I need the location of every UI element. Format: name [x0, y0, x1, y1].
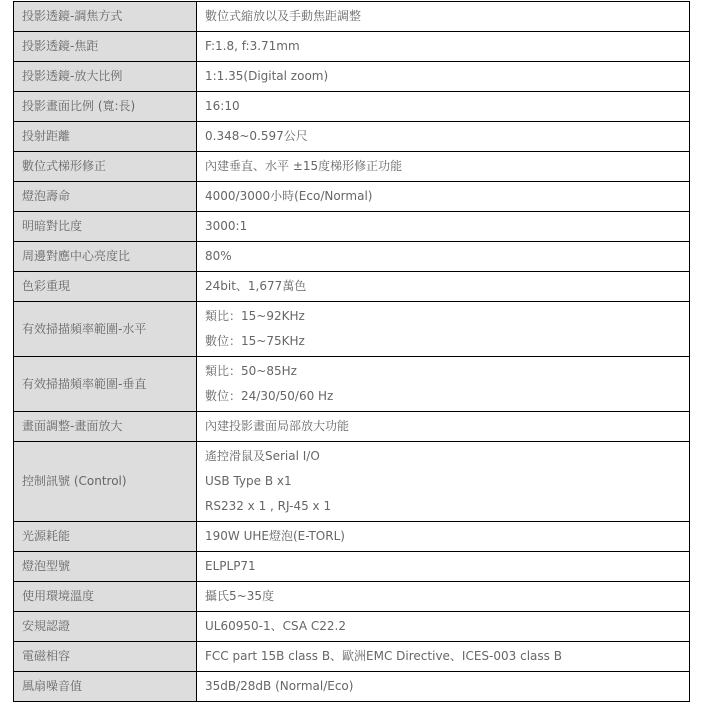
- spec-label: 控制訊號 (Control): [14, 442, 197, 522]
- spec-label: 投影透鏡-焦距: [14, 32, 197, 62]
- table-row: 光源耗能 190W UHE燈泡(E-TORL): [14, 522, 690, 552]
- spec-label: 投影透鏡-調焦方式: [14, 2, 197, 32]
- table-row: 投射距離 0.348~0.597公尺: [14, 122, 690, 152]
- spec-label: 使用環境溫度: [14, 582, 197, 612]
- table-row: 使用環境溫度 攝氏5~35度: [14, 582, 690, 612]
- spec-value-line: 數位：24/30/50/60 Hz: [205, 384, 689, 409]
- table-row: 燈泡壽命 4000/3000小時(Eco/Normal): [14, 182, 690, 212]
- spec-value: 類比：15~92KHz 數位：15~75KHz: [197, 302, 690, 357]
- spec-value-line: UL60950-1、CSA C22.2: [205, 614, 689, 639]
- spec-value-line: 內建投影畫面局部放大功能: [205, 414, 689, 439]
- spec-value-line: F:1.8, f:3.71mm: [205, 34, 689, 59]
- table-row: 色彩重現 24bit、1,677萬色: [14, 272, 690, 302]
- table-row: 控制訊號 (Control) 遙控滑鼠及Serial I/O USB Type …: [14, 442, 690, 522]
- spec-value: 內建投影畫面局部放大功能: [197, 412, 690, 442]
- spec-label: 燈泡壽命: [14, 182, 197, 212]
- spec-value-line: 80%: [205, 244, 689, 269]
- table-row: 燈泡型號 ELPLP71: [14, 552, 690, 582]
- spec-label: 明暗對比度: [14, 212, 197, 242]
- spec-value-line: 攝氏5~35度: [205, 584, 689, 609]
- spec-value: 35dB/28dB (Normal/Eco): [197, 672, 690, 702]
- spec-label: 周邊對應中心亮度比: [14, 242, 197, 272]
- spec-value: F:1.8, f:3.71mm: [197, 32, 690, 62]
- table-row: 周邊對應中心亮度比 80%: [14, 242, 690, 272]
- spec-value: 1:1.35(Digital zoom): [197, 62, 690, 92]
- spec-value-line: 190W UHE燈泡(E-TORL): [205, 524, 689, 549]
- table-row: 風扇噪音值 35dB/28dB (Normal/Eco): [14, 672, 690, 702]
- spec-value: 攝氏5~35度: [197, 582, 690, 612]
- spec-value-line: USB Type B x1: [205, 469, 689, 494]
- spec-value-line: ELPLP71: [205, 554, 689, 579]
- table-row: 投影畫面比例 (寬:長) 16:10: [14, 92, 690, 122]
- spec-label: 色彩重現: [14, 272, 197, 302]
- spec-value: 0.348~0.597公尺: [197, 122, 690, 152]
- spec-value: 遙控滑鼠及Serial I/O USB Type B x1 RS232 x 1 …: [197, 442, 690, 522]
- table-row: 畫面調整-畫面放大 內建投影畫面局部放大功能: [14, 412, 690, 442]
- table-row: 有效掃描頻率範圍-垂直 類比：50~85Hz 數位：24/30/50/60 Hz: [14, 357, 690, 412]
- spec-label: 電磁相容: [14, 642, 197, 672]
- spec-label: 投影畫面比例 (寬:長): [14, 92, 197, 122]
- spec-value: 類比：50~85Hz 數位：24/30/50/60 Hz: [197, 357, 690, 412]
- spec-label: 投影透鏡-放大比例: [14, 62, 197, 92]
- spec-value: 內建垂直、水平 ±15度梯形修正功能: [197, 152, 690, 182]
- spec-label: 燈泡型號: [14, 552, 197, 582]
- table-row: 投影透鏡-焦距 F:1.8, f:3.71mm: [14, 32, 690, 62]
- spec-value: ELPLP71: [197, 552, 690, 582]
- spec-value-line: 35dB/28dB (Normal/Eco): [205, 674, 689, 699]
- table-row: 有效掃描頻率範圍-水平 類比：15~92KHz 數位：15~75KHz: [14, 302, 690, 357]
- spec-value: 190W UHE燈泡(E-TORL): [197, 522, 690, 552]
- spec-value-line: 類比：15~92KHz: [205, 304, 689, 329]
- spec-value-line: 0.348~0.597公尺: [205, 124, 689, 149]
- spec-value-line: 16:10: [205, 94, 689, 119]
- table-row: 數位式梯形修正 內建垂直、水平 ±15度梯形修正功能: [14, 152, 690, 182]
- spec-label: 投射距離: [14, 122, 197, 152]
- spec-value-line: FCC part 15B class B、歐洲EMC Directive、ICE…: [205, 644, 689, 669]
- table-row: 投影透鏡-調焦方式 數位式縮放以及手動焦距調整: [14, 2, 690, 32]
- spec-value: 3000:1: [197, 212, 690, 242]
- spec-label: 安規認證: [14, 612, 197, 642]
- spec-value: 數位式縮放以及手動焦距調整: [197, 2, 690, 32]
- spec-value: UL60950-1、CSA C22.2: [197, 612, 690, 642]
- spec-label: 有效掃描頻率範圍-垂直: [14, 357, 197, 412]
- spec-label: 數位式梯形修正: [14, 152, 197, 182]
- spec-value: 80%: [197, 242, 690, 272]
- spec-value-line: 3000:1: [205, 214, 689, 239]
- spec-label: 畫面調整-畫面放大: [14, 412, 197, 442]
- spec-value-line: RS232 x 1 , RJ-45 x 1: [205, 494, 689, 519]
- spec-value-line: 24bit、1,677萬色: [205, 274, 689, 299]
- spec-table: 投影透鏡-調焦方式 數位式縮放以及手動焦距調整 投影透鏡-焦距 F:1.8, f…: [13, 1, 690, 702]
- spec-value-line: 內建垂直、水平 ±15度梯形修正功能: [205, 154, 689, 179]
- spec-value-line: 類比：50~85Hz: [205, 359, 689, 384]
- spec-label: 風扇噪音值: [14, 672, 197, 702]
- spec-value-line: 4000/3000小時(Eco/Normal): [205, 184, 689, 209]
- spec-value-line: 遙控滑鼠及Serial I/O: [205, 444, 689, 469]
- spec-label: 有效掃描頻率範圍-水平: [14, 302, 197, 357]
- spec-label: 光源耗能: [14, 522, 197, 552]
- spec-value: 4000/3000小時(Eco/Normal): [197, 182, 690, 212]
- table-row: 明暗對比度 3000:1: [14, 212, 690, 242]
- spec-value-line: 數位式縮放以及手動焦距調整: [205, 4, 689, 29]
- spec-value: FCC part 15B class B、歐洲EMC Directive、ICE…: [197, 642, 690, 672]
- table-row: 安規認證 UL60950-1、CSA C22.2: [14, 612, 690, 642]
- spec-value-line: 數位：15~75KHz: [205, 329, 689, 354]
- spec-value: 16:10: [197, 92, 690, 122]
- table-row: 電磁相容 FCC part 15B class B、歐洲EMC Directiv…: [14, 642, 690, 672]
- table-row: 投影透鏡-放大比例 1:1.35(Digital zoom): [14, 62, 690, 92]
- spec-value-line: 1:1.35(Digital zoom): [205, 64, 689, 89]
- spec-value: 24bit、1,677萬色: [197, 272, 690, 302]
